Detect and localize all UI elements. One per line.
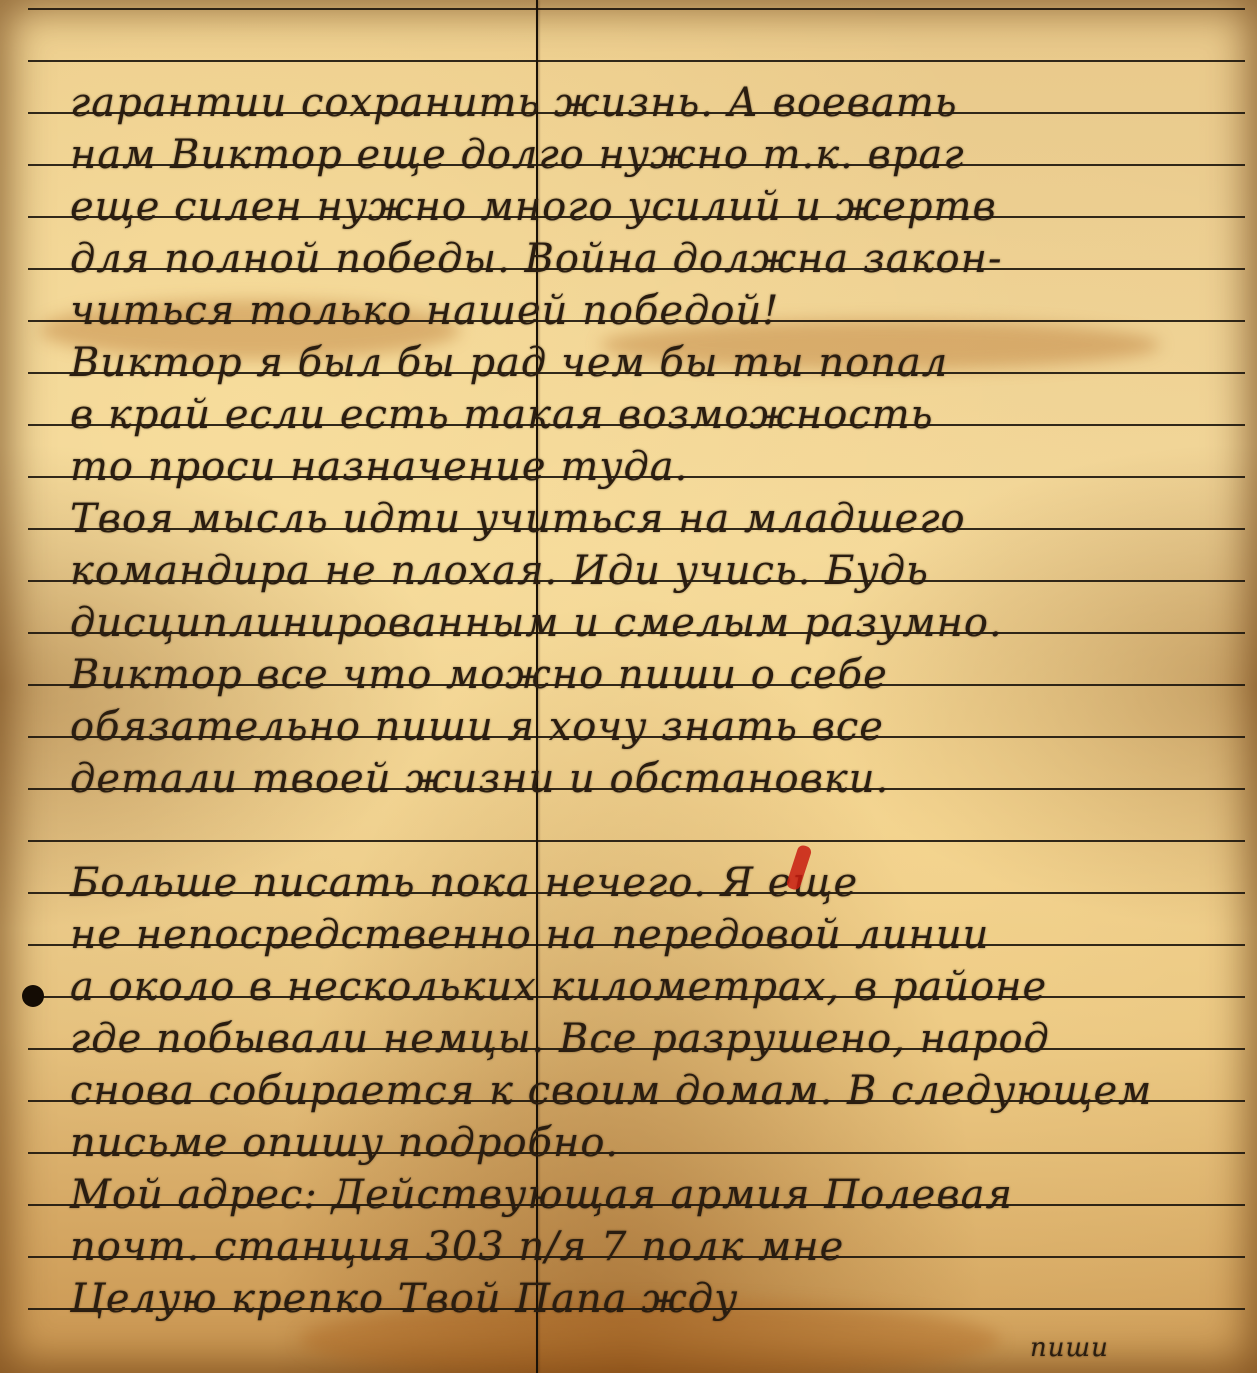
ink-blot [22,985,44,1007]
letter-line: пиши [1030,1318,1230,1373]
letter-line: для полной победы. Война должна закон- [70,229,1230,289]
letter-line: обязательно пиши я хочу знать все [70,697,1230,757]
ruled-line [28,840,1245,842]
letter-line: читься только нашей победой! [70,281,1230,341]
letter-line: почт. станция 303 п/я 7 полк мне [70,1217,1230,1277]
letter-line: то проси назначение туда. [70,437,1230,497]
letter-line: гарантии сохранить жизнь. А воевать [70,73,1230,133]
ruled-line [28,60,1245,62]
letter-line: Больше писать пока нечего. Я еще [70,853,1230,913]
letter-line: Виктор все что можно пиши о себе [70,645,1230,705]
letter-line: Виктор я был бы рад чем бы ты попал [70,333,1230,393]
letter-page: гарантии сохранить жизнь. А воевать нам … [0,0,1257,1373]
ruled-line [28,8,1245,10]
letter-line: а около в нескольких километрах, в район… [70,957,1230,1017]
letter-line: в край если есть такая возможность [70,385,1230,445]
letter-line: не непосредственно на передовой линии [70,905,1230,965]
letter-line: снова собирается к своим домам. В следую… [70,1061,1230,1121]
letter-line: Мой адрес: Действующая армия Полевая [70,1165,1230,1225]
letter-line: письме опишу подробно. [70,1113,1230,1173]
letter-line: нам Виктор еще долго нужно т.к. враг [70,125,1230,185]
letter-line: где побывали немцы. Все разрушено, народ [70,1009,1230,1069]
letter-line: Твоя мысль идти учиться на младшего [70,489,1230,549]
letter-line: командира не плохая. Иди учись. Будь [70,541,1230,601]
letter-line: еще силен нужно много усилий и жертв [70,177,1230,237]
letter-line: дисциплинированным и смелым разумно. [70,593,1230,653]
letter-line: детали твоей жизни и обстановки. [70,749,1230,809]
